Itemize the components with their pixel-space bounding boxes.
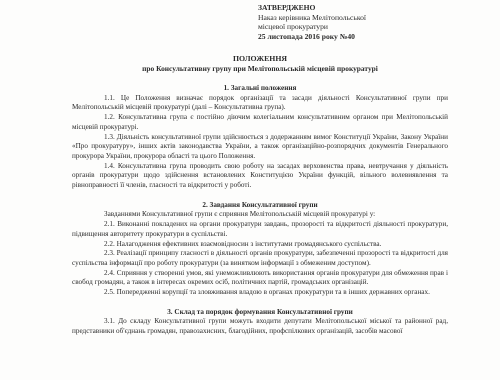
paragraph: 3.1. До складу Консультативної групи мож… [72,317,448,336]
approval-line-2: місцевої прокуратури [258,22,366,32]
section-heading: 2. Завдання Консультативної групи [72,201,448,211]
approval-date-number: 25 листопада 2016 року №40 [258,32,366,42]
paragraph: 1.3. Діяльність консультативної групи зд… [72,133,448,162]
paragraph: 1.4. Консультативна група проводить свою… [72,162,448,191]
paragraph: 2.1. Виконанні покладених на органи прок… [72,220,448,239]
document-subtitle: про Консультативну групу при Мелітопольс… [72,64,448,74]
approval-status: ЗАТВЕРДЖЕНО [258,3,366,13]
approval-line-1: Наказ керівника Мелітопольської [258,13,366,23]
section-tasks: 2. Завдання Консультативної групи Завдан… [72,201,448,298]
section-heading: 3. Склад та порядок формування Консульта… [72,308,448,318]
paragraph: 1.1. Це Положення визначає порядок орган… [72,94,448,113]
section-general-provisions: 1. Загальні положення 1.1. Це Положення … [72,84,448,191]
paragraph: 2.2. Налагодження ефективних взаємовідно… [72,240,448,250]
paragraph: 1.2. Консультативна група є постійно дію… [72,113,448,132]
document-title: ПОЛОЖЕННЯ [72,54,448,64]
paragraph: 2.5. Попередженні корупції та зловживанн… [72,288,448,298]
paragraph: 2.3. Реалізації принципу гласності в дія… [72,249,448,268]
section-composition: 3. Склад та порядок формування Консульта… [72,308,448,337]
section-heading: 1. Загальні положення [72,84,448,94]
document-body: ПОЛОЖЕННЯ про Консультативну групу при М… [72,54,448,337]
document-page: ЗАТВЕРДЖЕНО Наказ керівника Мелітопольсь… [0,0,500,380]
approval-stamp: ЗАТВЕРДЖЕНО Наказ керівника Мелітопольсь… [258,3,366,41]
paragraph: 2.4. Сприяння у створенні умов, які унем… [72,269,448,288]
paragraph: Завданнями Консультативної групи є сприя… [72,210,448,220]
